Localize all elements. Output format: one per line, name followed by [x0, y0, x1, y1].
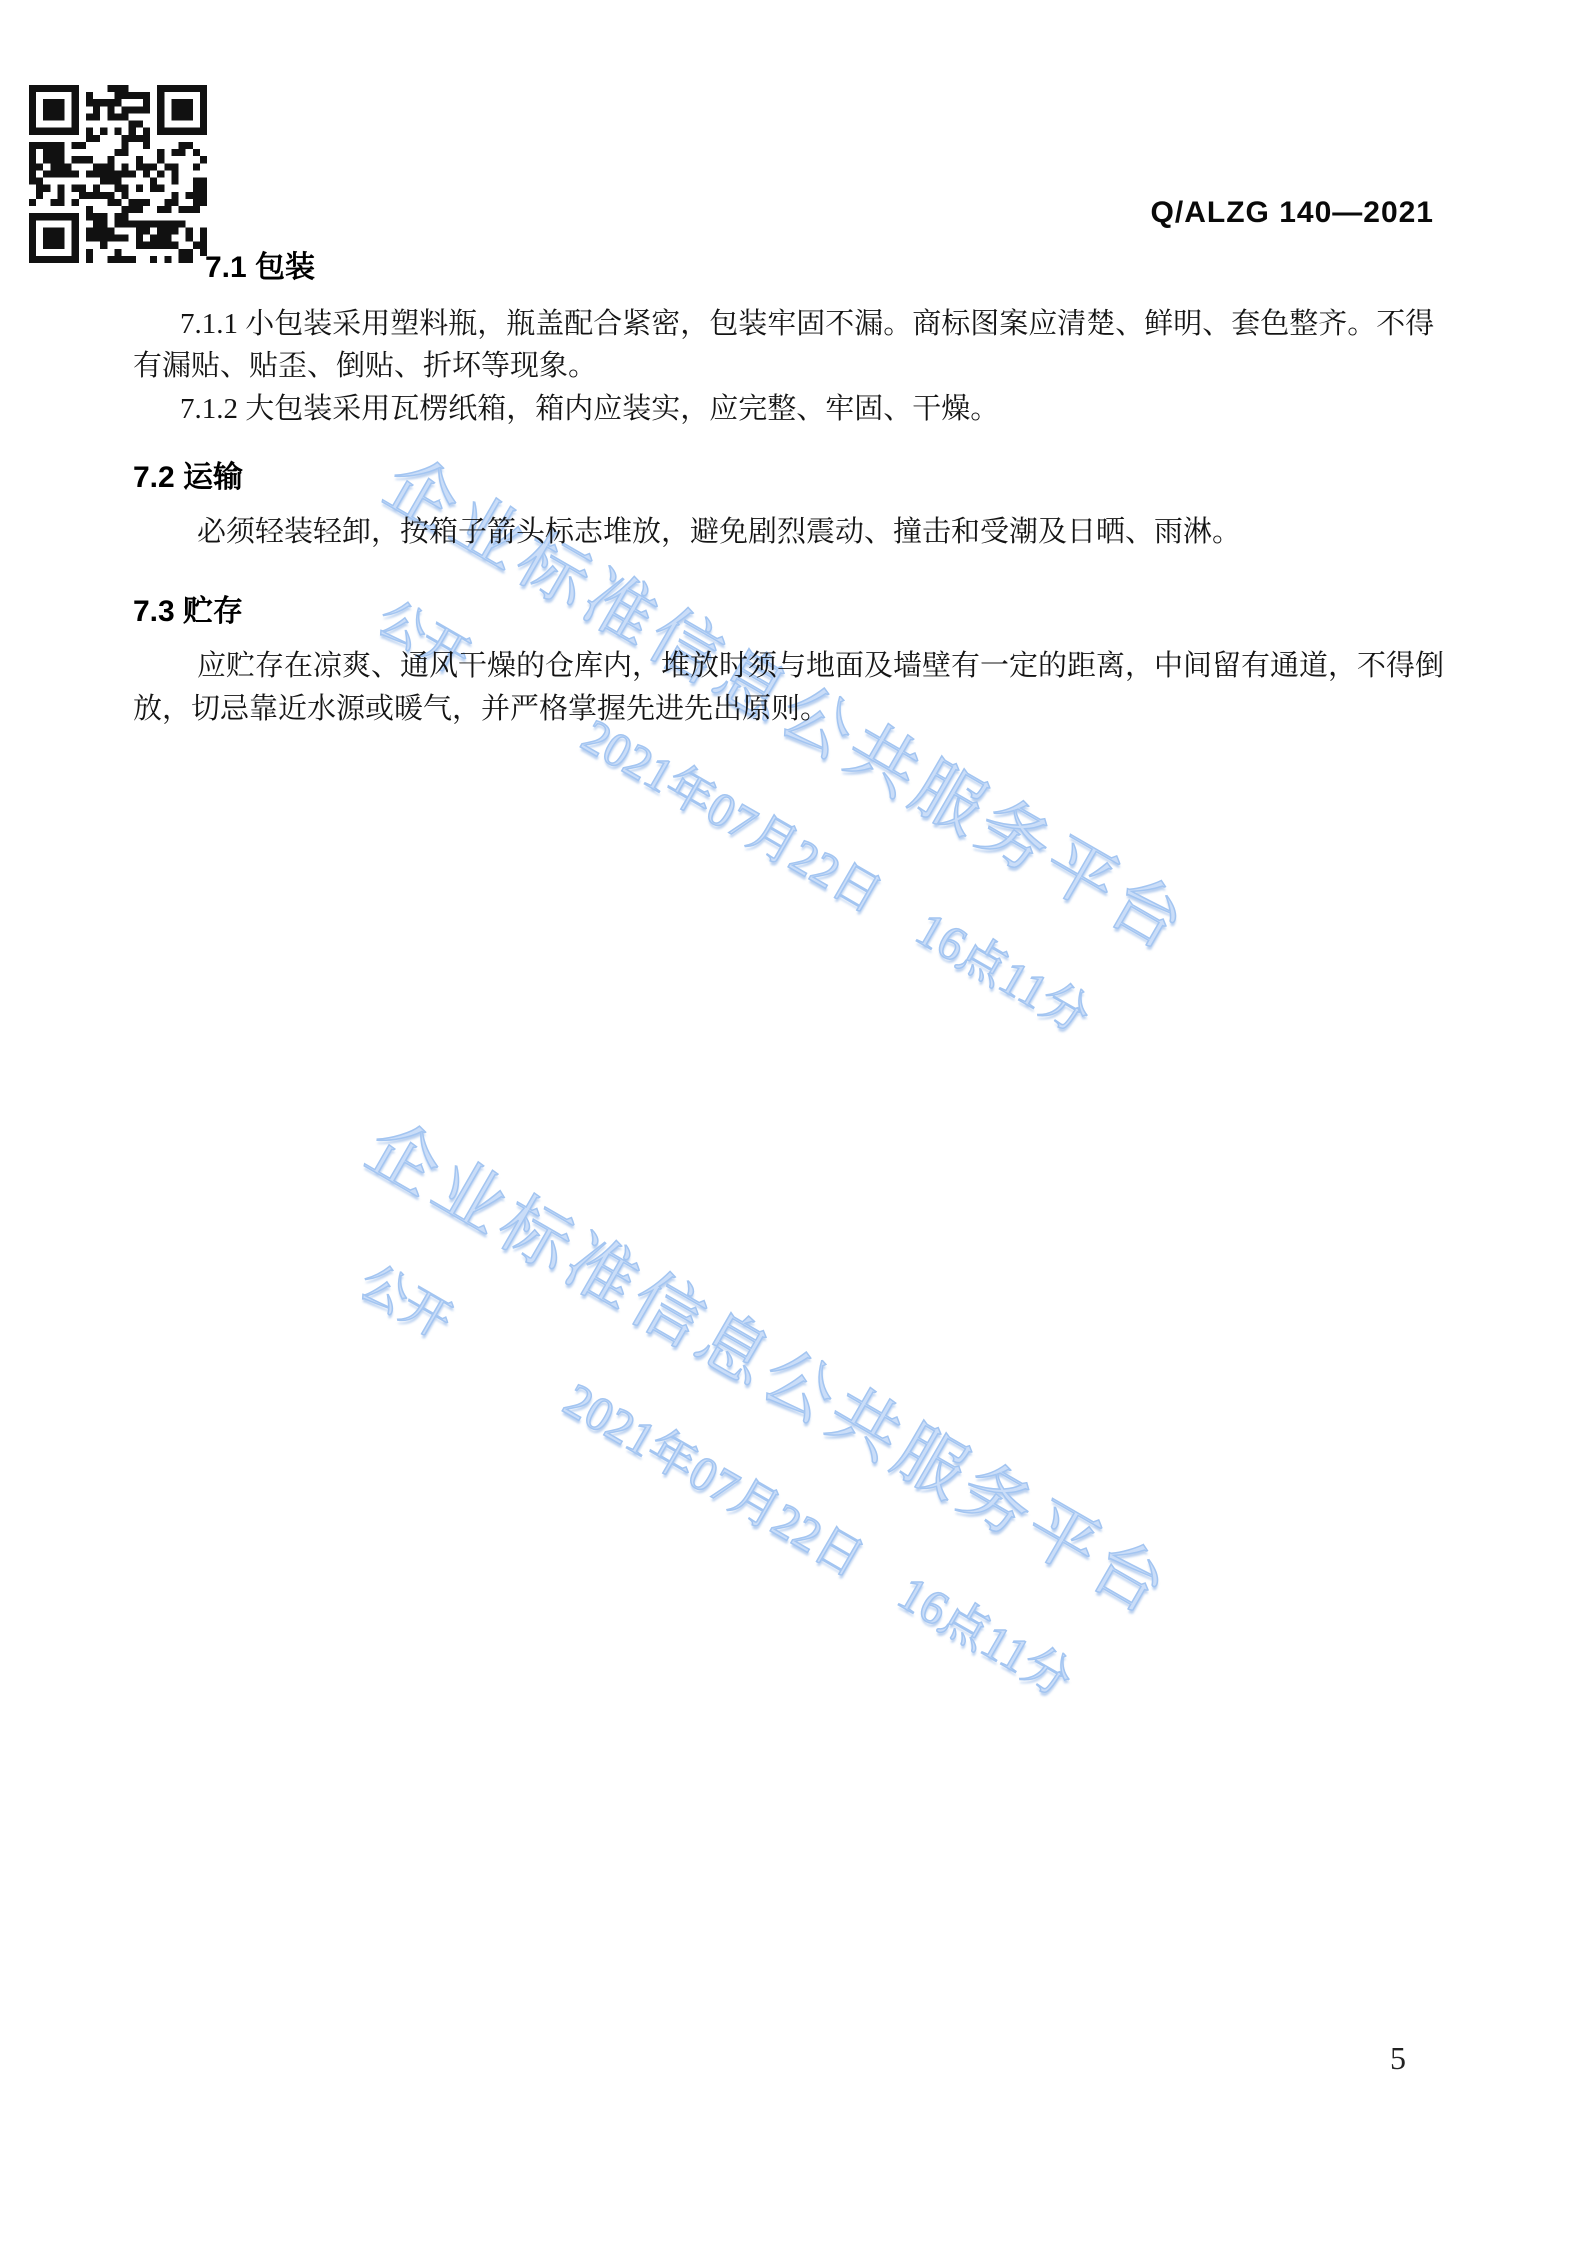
watermark-gap — [439, 1340, 560, 1410]
watermark-time: 16点11分 — [907, 902, 1098, 1043]
watermark-platform-text: 企业标准信息公共服务平台 — [352, 1092, 1192, 1635]
transport-paragraph-line-1: 必须轻装轻卸，按箱子箭头标志堆放，避免剧烈震动、撞击和受潮及日晒、雨淋。 — [133, 511, 1525, 554]
watermark-gap — [851, 1578, 894, 1603]
section-heading-transport: 7.2 运输 — [133, 452, 243, 496]
watermark-gap — [869, 914, 912, 939]
watermark-stamp-lower: 企业标准信息公共服务平台 公开2021年07月22日16点11分 — [297, 1092, 1192, 1730]
standard-code: Q/ALZG 140—2021 — [1151, 196, 1434, 230]
page-number: 5 — [1390, 2040, 1406, 2077]
watermark-date-line: 公开2021年07月22日16点11分 — [297, 1214, 1121, 1730]
document-page: Q/ALZG 140—2021 企业标准信息公共服务平台 公开2021年07月2… — [0, 0, 1588, 2245]
section-heading-storage: 7.3 贮存 — [133, 586, 243, 630]
clause-711-line-2: 有漏贴、贴歪、倒贴、折坏等现象。 — [133, 345, 1461, 388]
storage-paragraph-line-1: 应贮存在凉爽、通风干燥的仓库内，堆放时须与地面及墙壁有一定的距离，中间留有通道，… — [133, 645, 1525, 688]
section-heading-packaging: 7.1 包装 — [133, 242, 315, 286]
watermark-visibility-label: 公开 — [350, 1255, 460, 1349]
watermark-time: 16点11分 — [889, 1566, 1080, 1707]
storage-paragraph-line-2: 放，切忌靠近水源或暖气，并严格掌握先进先出原则。 — [133, 688, 1461, 731]
clause-712-line-1: 7.1.2 大包装采用瓦楞纸箱，箱内应装实，应完整、牢固、干燥。 — [133, 388, 1508, 431]
clause-711-line-1: 7.1.1 小包装采用塑料瓶，瓶盖配合紧密，包装牢固不漏。商标图案应清楚、鲜明、… — [133, 303, 1508, 346]
watermark-date: 2021年07月22日 — [555, 1373, 872, 1587]
watermark-date: 2021年07月22日 — [573, 709, 890, 923]
qr-code-icon — [28, 85, 208, 263]
watermark-date-line: 公开2021年07月22日16点11分 — [315, 550, 1139, 1066]
